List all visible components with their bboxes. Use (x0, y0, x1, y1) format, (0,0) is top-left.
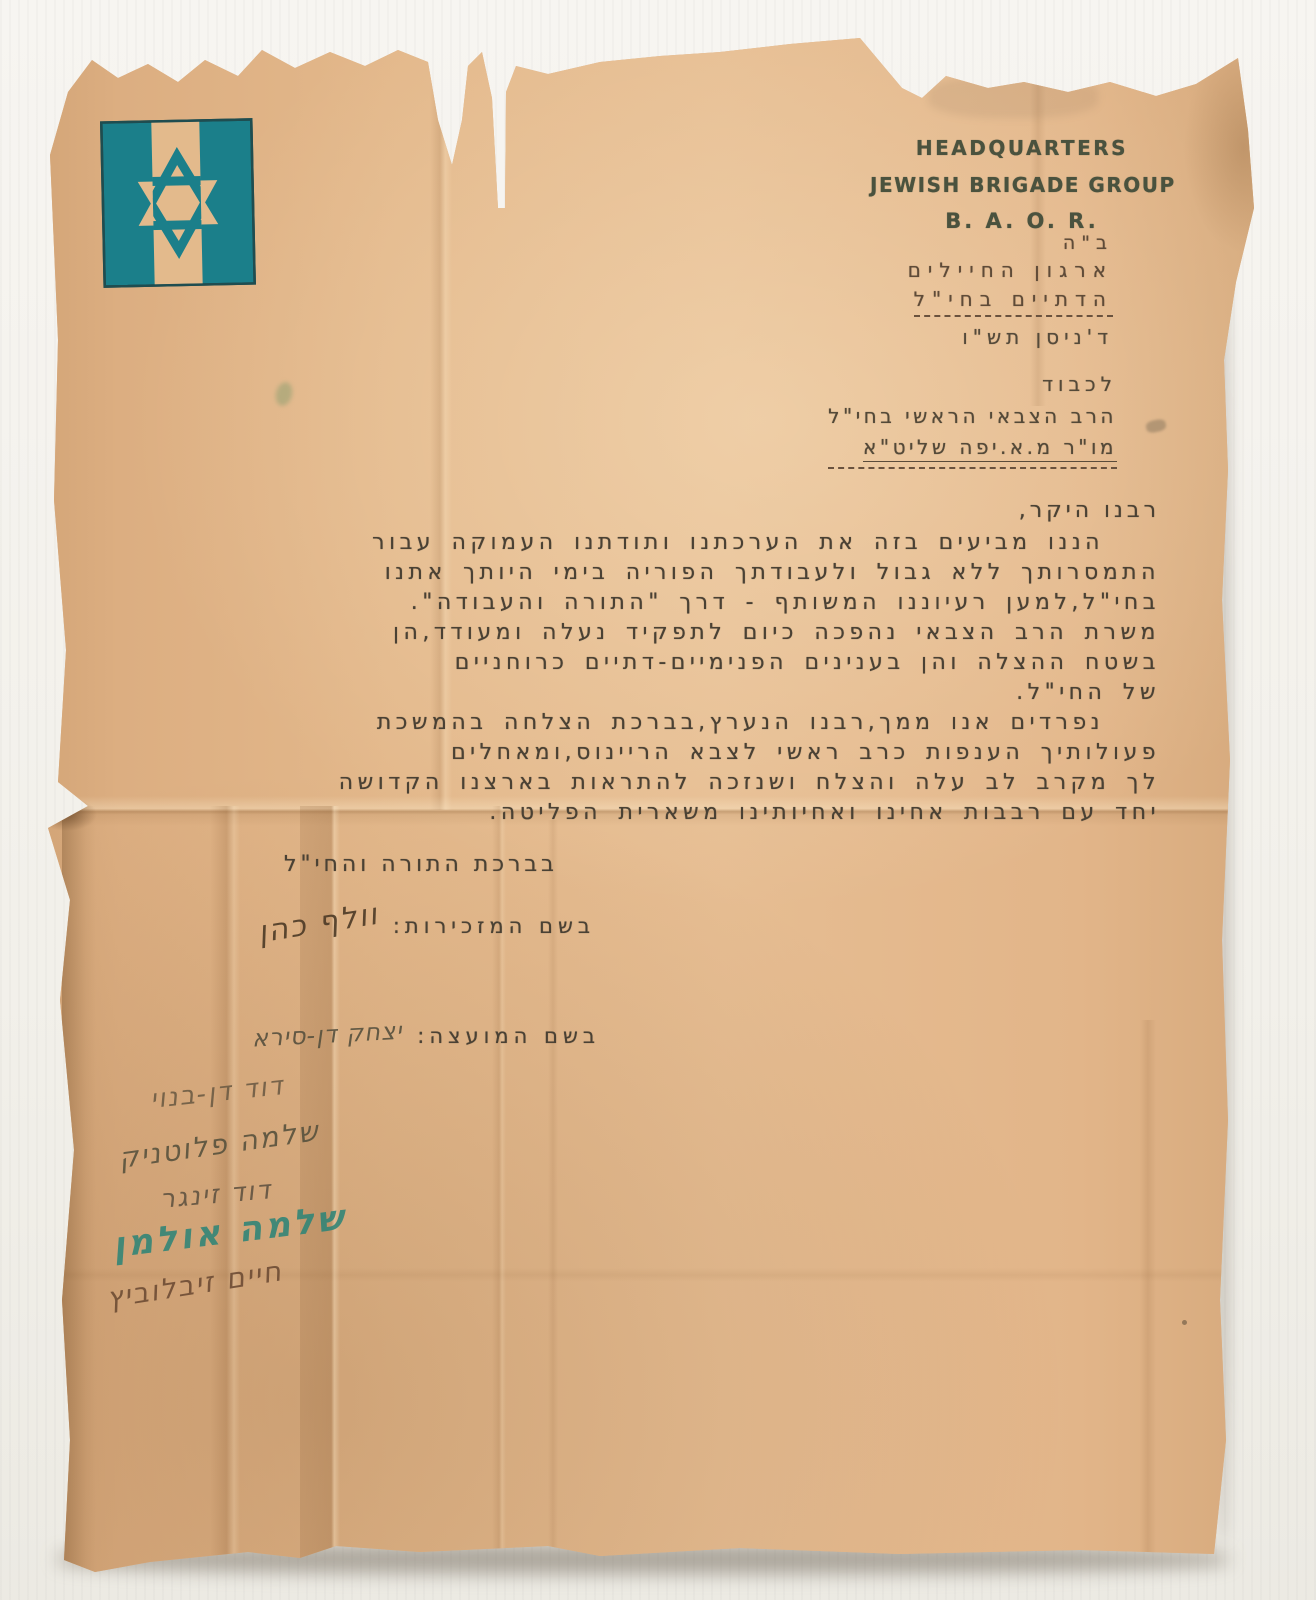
body-line: נפרדים אנו ממך,רבנו הנערץ,בברכת הצלחה בה… (255, 708, 1160, 738)
recipient-title: הרב הצבאי הראשי בחי"ל (828, 404, 1117, 428)
letterhead-line-2: JEWISH BRIGADE GROUP (870, 173, 1174, 197)
photographed-letter: HEADQUARTERS JEWISH BRIGADE GROUP B. A. … (0, 0, 1316, 1600)
ink-ghost-impression (928, 76, 1098, 118)
recipient-name: מו"ר מ.א.יפה שליט"א (863, 435, 1117, 462)
closing-blessing: בברכת התורה והחי"ל (284, 852, 558, 877)
salutation: רבנו היקר, (1019, 498, 1160, 523)
letterhead-english: HEADQUARTERS JEWISH BRIGADE GROUP B. A. … (870, 136, 1174, 233)
speck (1182, 1320, 1187, 1325)
body-line: משרת הרב הצבאי נהפכה כיום לתפקיד נעלה ומ… (255, 618, 1160, 648)
body-line: בשטח ההצלה והן בענינים הפנימיים-דתיים כר… (255, 648, 1160, 678)
recipient-underline (828, 464, 1117, 469)
jewish-brigade-flag-logo (100, 118, 256, 290)
fold-line-left-a (62, 806, 96, 1576)
body-line: בחי"ל,למען רעיוננו המשותף - דרך "התורה ו… (255, 588, 1160, 618)
letterhead-line-3: B. A. O. R. (870, 209, 1174, 233)
recipient-honorific: לכבוד (828, 372, 1117, 396)
body-line: פעולותיך הענפות כרב ראשי לצבא הריינוס,ומ… (255, 738, 1160, 768)
body-line: של החי"ל. (255, 678, 1160, 708)
fold-line-right (1140, 1020, 1156, 1565)
organization-name-line-2: הדתיים בחי"ל (914, 287, 1113, 317)
council-label: בשם המועצה: (417, 1024, 600, 1048)
council-signature: יצחק דן-סירא (252, 1017, 404, 1053)
organization-name-line-1: ארגון החיילים (908, 258, 1113, 282)
letter-sheet: HEADQUARTERS JEWISH BRIGADE GROUP B. A. … (0, 0, 1316, 1600)
letter-date: ד'ניסן תש"ו (908, 325, 1113, 349)
pencil-smudge (1145, 418, 1167, 434)
handwritten-signature: דוד דן-בנוי (149, 1071, 286, 1115)
body-line: התמסרותך ללא גבול ולעבודתך הפוריה בימי ה… (255, 558, 1160, 588)
letter-body: הננו מביעים בזה את הערכתנו ותודתנו העמוק… (255, 528, 1160, 828)
council-signoff: בשם המועצה: יצחק דן-סירא (266, 1024, 600, 1052)
letterhead-line-1: HEADQUARTERS (870, 136, 1174, 160)
body-line: יחד עם רבבות אחינו ואחיותינו משארית הפלי… (255, 798, 1160, 828)
body-line: לך מקרב לב עלה והצלח ושנזכה להתראות בארצ… (255, 768, 1160, 798)
letterhead-hebrew: ב"ה ארגון החיילים הדתיים בחי"ל ד'ניסן תש… (908, 232, 1113, 349)
bh-abbreviation: ב"ה (908, 232, 1113, 254)
green-stain (273, 380, 294, 407)
speck (1243, 486, 1247, 490)
secretariat-label: בשם המזכירות: (393, 914, 595, 938)
recipient-block: לכבוד הרב הצבאי הראשי בחי"ל מו"ר מ.א.יפה… (828, 372, 1117, 469)
handwritten-signature: שלמה פלוטניק (117, 1114, 322, 1175)
secretariat-signoff: בשם המזכירות: וולף כהן (271, 914, 595, 949)
secretariat-signature: וולף כהן (256, 897, 382, 951)
torn-notch-left-edge (46, 792, 116, 842)
body-line: הננו מביעים בזה את הערכתנו ותודתנו העמוק… (255, 528, 1160, 558)
